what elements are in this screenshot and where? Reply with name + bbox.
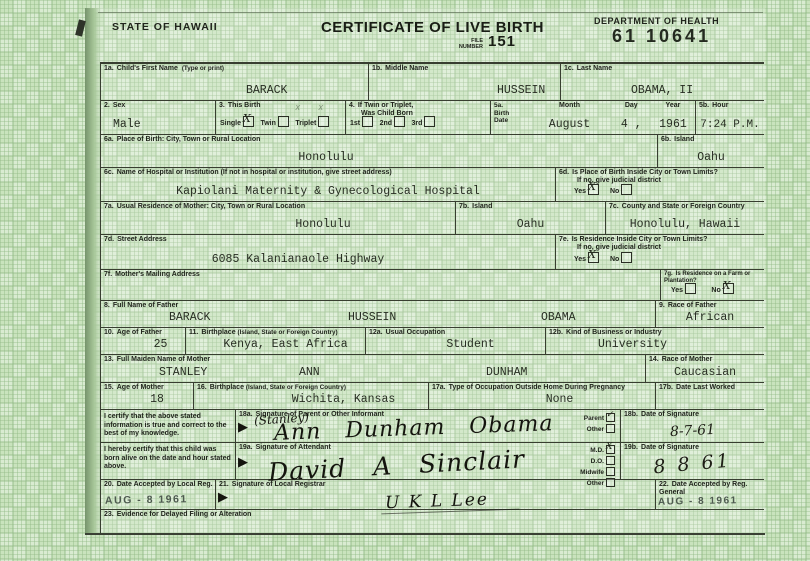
birth-day-value: 4 , [612, 118, 651, 131]
field-7g-farm-plantation: 7g.Is Residence on a Farm or Plantation?… [661, 270, 764, 300]
birth-month: Month August [527, 101, 611, 134]
child-last-name-value: OBAMA, II [631, 84, 764, 97]
row-father-name: 8.Full Name of Father BARACK HUSSEIN OBA… [101, 301, 764, 328]
row-delayed-filing: 23.Evidence for Delayed Filing or Altera… [101, 510, 764, 535]
row-attendant-signature: I hereby certify that this child was bor… [101, 443, 764, 480]
file-number-value: 151 [488, 33, 516, 50]
checkbox-6d-yes: X [588, 184, 599, 195]
field-7f-mailing-address: 7f.Mother's Mailing Address [101, 270, 661, 300]
field-4-twin-order: 4.If Twin or Triplet,Was Child Born 1st … [346, 101, 491, 134]
field-8-father-name: 8.Full Name of Father BARACK HUSSEIN OBA… [101, 301, 656, 327]
birth-year-value: 1961 [651, 118, 695, 131]
checkbox-3rd [424, 116, 435, 127]
checkbox-single: X [243, 116, 254, 127]
birth-month-value: August [527, 118, 611, 131]
field-23-delayed-filing: 23.Evidence for Delayed Filing or Altera… [101, 510, 764, 535]
arrow-icon: ▶ [238, 457, 248, 467]
field-14-mother-race: 14.Race of Mother Caucasian [646, 355, 764, 382]
checkbox-7e-no [621, 252, 632, 263]
reg-general-date-stamp: AUG - 8 1961 [658, 495, 738, 507]
hospital-value: Kapiolani Maternity & Gynecological Hosp… [101, 185, 555, 198]
father-last-name: OBAMA [541, 311, 576, 324]
arrow-icon: ▶ [238, 422, 248, 432]
checkbox-do [606, 456, 615, 465]
checkbox-7e-yes: X [588, 252, 599, 263]
mother-age-value: 18 [121, 393, 193, 406]
document-title: CERTIFICATE OF LIVE BIRTH [290, 19, 575, 36]
checkbox-1st [362, 116, 373, 127]
field-7e-residence-limits: 7e.Is Residence Inside City or Town Limi… [556, 235, 764, 269]
field-18b-date-of-signature: 18b.Date of Signature 8-7-61 [621, 410, 764, 442]
row-sex-birth-date: 2.Sex Male 3.This Birth x x SingleX Twin… [101, 101, 764, 135]
occupation-pregnancy-value: None [464, 393, 655, 406]
state-title: STATE OF HAWAII [112, 21, 218, 33]
row-mother-residence: 7a.Usual Residence of Mother: City, Town… [101, 202, 764, 235]
field-1a-child-first-name: 1a.Child's First Name (Type or print) BA… [101, 64, 369, 100]
field-10-father-age: 10.Age of Father 25 [101, 328, 186, 354]
department-title: DEPARTMENT OF HEALTH [594, 16, 719, 26]
mother-first-name: STANLEY [159, 366, 207, 379]
row-place-of-birth: 6a.Place of Birth: City, Town or Rural L… [101, 135, 764, 168]
mother-last-name: DUNHAM [486, 366, 527, 379]
mother-middle-name: ANN [299, 366, 320, 379]
page-top-edge [98, 12, 763, 13]
checkbox-md: X [606, 445, 615, 454]
checkbox-6d-no [621, 184, 632, 195]
checkbox-midwife [606, 467, 615, 476]
field-7d-street-address: 7d.Street Address 6085 Kalanianaole High… [101, 235, 556, 269]
field-6d-city-limits: 6d.Is Place of Birth Inside City or Town… [556, 168, 764, 201]
field-7a-residence: 7a.Usual Residence of Mother: City, Town… [101, 202, 456, 234]
row-mother-name: 13.Full Maiden Name of Mother STANLEY AN… [101, 355, 764, 383]
field-19a-attendant-signature: 19a.Signature of Attendant ▶ David A Sin… [236, 443, 621, 479]
parent-signature-date: 8-7-61 [621, 419, 765, 442]
field-20-date-accepted-local: 20.Date Accepted by Local Reg. AUG - 8 1… [101, 480, 216, 509]
row-mailing-address: 7f.Mother's Mailing Address 7g.Is Reside… [101, 270, 764, 301]
field-5b-hour: 5b.Hour 7:24 P.M. [696, 101, 764, 134]
checkbox-7g-yes [685, 283, 696, 294]
field-6b-island: 6b.Island Oahu [658, 135, 764, 167]
checkbox-7g-no: X [723, 283, 734, 294]
handwritten-marks: x x [295, 102, 331, 112]
birth-day: Day 4 , [612, 101, 651, 134]
field-9-father-race: 9.Race of Father African [656, 301, 764, 327]
certificate-number: 61 10641 [612, 26, 711, 47]
certificate-bottom-rule [85, 533, 765, 535]
field-19b-date-of-signature: 19b.Date of Signature 8 8 61 [621, 443, 764, 479]
field-6a-place-of-birth: 6a.Place of Birth: City, Town or Rural L… [101, 135, 658, 167]
father-birthplace-value: Kenya, East Africa [206, 338, 365, 351]
county-state-value: Honolulu, Hawaii [606, 218, 764, 231]
mother-birthplace-value: Wichita, Kansas [259, 393, 428, 406]
row-street-address: 7d.Street Address 6085 Kalanianaole High… [101, 235, 764, 270]
checkbox-2nd [394, 116, 405, 127]
hour-value: 7:24 P.M. [696, 119, 764, 131]
checkbox-twin [278, 116, 289, 127]
row-hospital: 6c.Name of Hospital or Institution (If n… [101, 168, 764, 202]
father-age-value: 25 [136, 338, 185, 351]
checkbox-parent: ✓ [606, 413, 615, 422]
page-edge-shadow [85, 8, 101, 535]
field-22-date-accepted-general: 22.Date Accepted by Reg. General AUG - 8… [656, 480, 764, 509]
field-7c-county-state: 7c.County and State or Foreign Country H… [606, 202, 764, 234]
field-5a-birth-date: 5a.BirthDate Month August Day 4 , Year 1… [491, 101, 696, 134]
father-first-name: BARACK [169, 311, 210, 324]
row-father-details: 10.Age of Father 25 11.Birthplace (Islan… [101, 328, 764, 355]
field-17a-occupation-pregnancy: 17a.Type of Occupation Outside Home Duri… [429, 383, 656, 409]
field-13-mother-maiden-name: 13.Full Maiden Name of Mother STANLEY AN… [101, 355, 646, 382]
checkbox-triplet [318, 116, 329, 127]
field-16-mother-birthplace: 16.Birthplace (Island, State or Foreign … [194, 383, 429, 409]
child-middle-name-value: HUSSEIN [497, 84, 560, 97]
place-of-birth-value: Honolulu [101, 151, 551, 164]
sex-value: Male [113, 118, 141, 131]
father-occupation-value: Student [396, 338, 545, 351]
field-15-mother-age: 15.Age of Mother 18 [101, 383, 194, 409]
field-17b-date-last-worked: 17b.Date Last Worked [656, 383, 764, 409]
arrow-icon: ▶ [218, 492, 228, 502]
birth-year: Year 1961 [651, 101, 695, 134]
father-middle-name: HUSSEIN [348, 311, 396, 324]
certify-statement-1: I certify that the above stated informat… [101, 410, 236, 442]
row-child-name: 1a.Child's First Name (Type or print) BA… [101, 64, 764, 101]
local-reg-date-stamp: AUG - 8 1961 [105, 493, 188, 506]
father-race-value: African [656, 311, 764, 324]
certify-statement-2: I hereby certify that this child was bor… [101, 443, 236, 479]
file-number-label: FILE NUMBER [447, 38, 483, 50]
field-6c-hospital: 6c.Name of Hospital or Institution (If n… [101, 168, 556, 201]
residence-island-value: Oahu [456, 218, 605, 231]
field-7b-island: 7b.Island Oahu [456, 202, 606, 234]
mother-race-value: Caucasian [646, 366, 764, 379]
field-1c-last-name: 1c.Last Name OBAMA, II [561, 64, 764, 100]
row-mother-details: 15.Age of Mother 18 16.Birthplace (Islan… [101, 383, 764, 410]
street-address-value: 6085 Kalanianaole Highway [101, 253, 495, 266]
field-11-father-birthplace: 11.Birthplace (Island, State or Foreign … [186, 328, 366, 354]
field-12b-business-industry: 12b.Kind of Business or Industry Univers… [546, 328, 764, 354]
field-21-local-registrar-signature: 21.Signature of Local Registrar ▶ U K L … [216, 480, 656, 509]
business-industry-value: University [546, 338, 719, 351]
child-first-name-value: BARACK [246, 84, 368, 97]
birth-island-value: Oahu [658, 151, 764, 164]
field-18a-parent-signature: 18a.Signature of Parent or Other Informa… [236, 410, 621, 442]
field-3-this-birth: 3.This Birth x x SingleX Twin Triplet [216, 101, 346, 134]
certificate-form-table: 1a.Child's First Name (Type or print) BA… [100, 62, 764, 535]
field-1b-middle-name: 1b.Middle Name HUSSEIN [369, 64, 561, 100]
row-parent-signature: I certify that the above stated informat… [101, 410, 764, 443]
field-2-sex: 2.Sex Male [101, 101, 216, 134]
row-registrar: 20.Date Accepted by Local Reg. AUG - 8 1… [101, 480, 764, 510]
scanned-birth-certificate: { "header": { "state": "STATE OF HAWAII"… [0, 0, 810, 561]
residence-city-value: Honolulu [191, 218, 455, 231]
field-12a-father-occupation: 12a.Usual Occupation Student [366, 328, 546, 354]
checkbox-other-informant [606, 424, 615, 433]
